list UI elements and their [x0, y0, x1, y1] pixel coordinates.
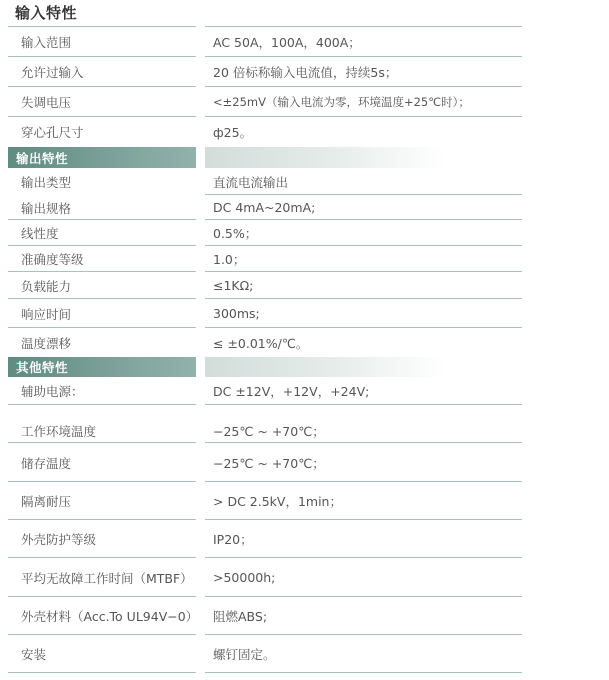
- spec-label: 隔离耐压: [8, 482, 196, 520]
- section-title-output: 输出特性: [8, 147, 196, 168]
- section-title-other: 其他特性: [8, 357, 196, 377]
- spec-label: 输出类型: [8, 168, 196, 195]
- divider: [205, 672, 522, 673]
- spec-label: 外壳防护等级: [8, 520, 196, 558]
- spec-label: 穿心孔尺寸: [8, 117, 196, 147]
- spec-label: 外壳材料（Acc.To UL94V−0）: [8, 597, 196, 635]
- spec-label: 准确度等级: [8, 246, 196, 272]
- spec-label: 温度漂移: [8, 328, 196, 357]
- spec-label: 平均无故障工作时间（MTBF）: [8, 558, 196, 597]
- section-header-output: 输出特性: [0, 147, 609, 168]
- spec-label: 线性度: [8, 220, 196, 246]
- section-header-other: 其他特性: [0, 357, 609, 377]
- spec-row: 隔离耐压 > DC 2.5kV，1min；: [0, 482, 609, 520]
- spec-row: 负载能力 ≤1KΩ;: [0, 272, 609, 299]
- spec-value: ≤ ±0.01%/℃。: [205, 328, 522, 357]
- spec-value: <±25mV（输入电流为零，环境温度+25℃时）；: [205, 87, 522, 117]
- divider: [8, 672, 196, 673]
- spec-row: 失调电压 <±25mV（输入电流为零，环境温度+25℃时）；: [0, 87, 609, 117]
- spec-value: >50000h;: [205, 558, 522, 597]
- spec-row: 平均无故障工作时间（MTBF） >50000h;: [0, 558, 609, 597]
- spec-row: 储存温度 −25℃ ~ +70℃；: [0, 443, 609, 482]
- spec-row: 穿心孔尺寸 ф25。: [0, 117, 609, 147]
- spec-value: AC 50A，100A，400A；: [205, 26, 522, 57]
- spec-row: 线性度 0.5%；: [0, 220, 609, 246]
- spec-value: 阻燃ABS;: [205, 597, 522, 635]
- spec-label: 失调电压: [8, 87, 196, 117]
- spec-row: 输出规格 DC 4mA~20mA;: [0, 195, 609, 220]
- spec-row: 允许过输入 20 倍标称输入电流值，持续5s；: [0, 57, 609, 87]
- spec-value: 0.5%；: [205, 220, 522, 246]
- spec-row: 准确度等级 1.0；: [0, 246, 609, 272]
- section-title-input: 输入特性: [15, 2, 77, 23]
- spec-value: 20 倍标称输入电流值，持续5s；: [205, 57, 522, 87]
- spec-value: 300ms;: [205, 299, 522, 328]
- spec-row: 安装 螺钉固定。: [0, 635, 609, 673]
- spec-label: 允许过输入: [8, 57, 196, 87]
- spec-label: 安装: [8, 635, 196, 673]
- spec-value: ф25。: [205, 117, 522, 147]
- spec-row: 辅助电源： DC ±12V，+12V，+24V;: [0, 377, 609, 405]
- spec-value: DC ±12V，+12V，+24V;: [205, 377, 522, 405]
- spec-value: DC 4mA~20mA;: [205, 195, 522, 220]
- spec-label: 输入范围: [8, 26, 196, 57]
- spec-label: 响应时间: [8, 299, 196, 328]
- spec-value: −25℃ ~ +70℃；: [205, 443, 522, 482]
- spec-label: 工作环境温度: [8, 405, 196, 443]
- section-bar-gradient: [205, 357, 445, 377]
- spec-label: 储存温度: [8, 443, 196, 482]
- spec-label: 负载能力: [8, 272, 196, 299]
- spec-row: 温度漂移 ≤ ±0.01%/℃。: [0, 328, 609, 357]
- spec-value: 螺钉固定。: [205, 635, 522, 673]
- spec-row: 响应时间 300ms;: [0, 299, 609, 328]
- section-bar-gradient: [205, 147, 445, 168]
- spec-row: 输出类型 直流电流输出: [0, 168, 609, 195]
- spec-value: > DC 2.5kV，1min；: [205, 482, 522, 520]
- spec-row: 外壳材料（Acc.To UL94V−0） 阻燃ABS;: [0, 597, 609, 635]
- spec-value: −25℃ ~ +70℃；: [205, 405, 522, 443]
- spec-value: IP20；: [205, 520, 522, 558]
- spec-row: 输入范围 AC 50A，100A，400A；: [0, 26, 609, 57]
- spec-value: 直流电流输出: [205, 168, 522, 195]
- spec-row: 工作环境温度 −25℃ ~ +70℃；: [0, 405, 609, 443]
- spec-value: 1.0；: [205, 246, 522, 272]
- spec-value: ≤1KΩ;: [205, 272, 522, 299]
- spec-label: 输出规格: [8, 195, 196, 220]
- spec-label: 辅助电源：: [8, 377, 196, 405]
- spec-row: 外壳防护等级 IP20；: [0, 520, 609, 558]
